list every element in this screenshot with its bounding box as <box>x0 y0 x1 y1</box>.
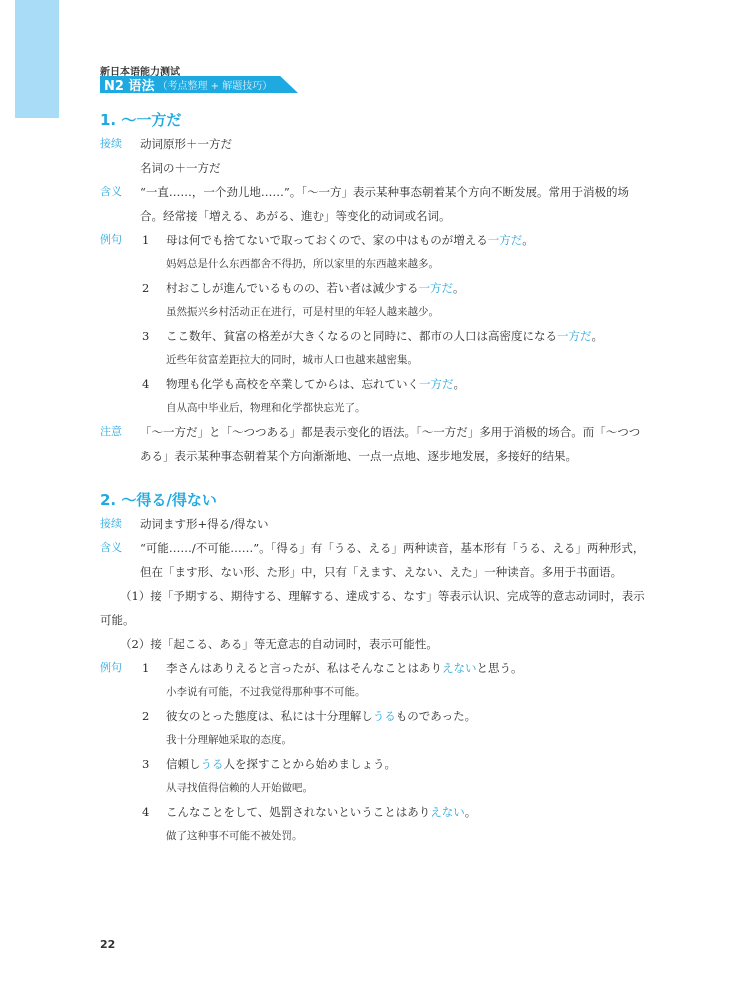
example-number: 4 <box>140 372 166 396</box>
example-item: 2彼女のとった態度は、私には十分理解しうるものであった。 我十分理解她采取的态度… <box>140 704 650 752</box>
example-translation: 做了这种事不可能不被处罚。 <box>140 824 650 848</box>
connect-line: 动词原形＋一方だ <box>140 132 650 156</box>
connect-row: 接续 动词原形＋一方だ 名词の＋一方だ <box>100 132 650 180</box>
highlight-grammar: 一方だ <box>419 281 454 295</box>
highlight-grammar: 一方だ <box>557 329 592 343</box>
highlight-grammar: 一方だ <box>488 233 523 247</box>
examples-label: 例句 <box>100 228 140 420</box>
example-number: 3 <box>140 752 166 776</box>
connect-line: 动词ます形+得る/得ない <box>140 512 650 536</box>
example-sentence: 母は何でも捨てないで取っておくので、家の中はものが増える一方だ。 <box>166 228 650 252</box>
section-heading: 2. ～得る/得ない <box>100 488 650 512</box>
example-sentence: 李さんはありえると言ったが、私はそんなことはありえないと思う。 <box>166 656 650 680</box>
meaning-label: 含义 <box>100 536 140 584</box>
example-sentence: 物理も化学も高校を卒業してからは、忘れていく一方だ。 <box>166 372 650 396</box>
meaning-label: 含义 <box>100 180 140 228</box>
highlight-grammar: うる <box>201 757 224 771</box>
meaning-text: “可能……/不可能……”。「得る」有「うる、える」两种读音，基本形有「うる、える… <box>140 536 650 584</box>
example-number: 1 <box>140 228 166 252</box>
example-sentence: 信頼しうる人を探すことから始めましょう。 <box>166 752 650 776</box>
highlight-grammar: 一方だ <box>419 377 454 391</box>
connect-label: 接续 <box>100 512 140 536</box>
page-number: 22 <box>100 938 115 951</box>
example-sentence: 彼女のとった態度は、私には十分理解しうるものであった。 <box>166 704 650 728</box>
grammar-section-2: 2. ～得る/得ない 接续 动词ます形+得る/得ない 含义 “可能……/不可能…… <box>100 488 650 848</box>
examples-row: 例句 1李さんはありえると言ったが、私はそんなことはありえないと思う。 小李说有… <box>100 656 650 848</box>
banner-sub: （考点整理 + 解题技巧） <box>157 77 272 92</box>
chapter-banner: N2 语法 （考点整理 + 解题技巧） <box>100 76 298 93</box>
example-item: 3信頼しうる人を探すことから始めましょう。 从寻找值得信赖的人开始做吧。 <box>140 752 650 800</box>
note-text: 「～一方だ」と「～つつある」都是表示变化的语法。「～一方だ」多用于消极的场合。而… <box>140 420 650 468</box>
connect-row: 接续 动词ます形+得る/得ない <box>100 512 650 536</box>
example-translation: 从寻找值得信赖的人开始做吧。 <box>140 776 650 800</box>
example-translation: 妈妈总是什么东西都舍不得扔，所以家里的东西越来越多。 <box>140 252 650 276</box>
example-item: 3ここ数年、貧富の格差が大きくなるのと同時に、都市の人口は高密度になる一方だ。 … <box>140 324 650 372</box>
example-number: 1 <box>140 656 166 680</box>
meaning-text: “一直……，一个劲儿地……”。「～一方」表示某种事态朝着某个方向不断发展。常用于… <box>140 180 650 228</box>
examples-row: 例句 1母は何でも捨てないで取っておくので、家の中はものが増える一方だ。 妈妈总… <box>100 228 650 420</box>
example-sentence: こんなことをして、処罰されないということはありえない。 <box>166 800 650 824</box>
note-label: 注意 <box>100 420 140 468</box>
highlight-grammar: うる <box>373 709 396 723</box>
example-translation: 虽然振兴乡村活动正在进行，可是村里的年轻人越来越少。 <box>140 300 650 324</box>
connect-line: 名词の＋一方だ <box>140 156 650 180</box>
example-number: 2 <box>140 276 166 300</box>
example-item: 4物理も化学も高校を卒業してからは、忘れていく一方だ。 自从高中毕业后，物理和化… <box>140 372 650 420</box>
example-item: 2村おこしが進んでいるものの、若い者は減少する一方だ。 虽然振兴乡村活动正在进行… <box>140 276 650 324</box>
section-heading: 1. ～一方だ <box>100 108 650 132</box>
example-sentence: ここ数年、貧富の格差が大きくなるのと同時に、都市の人口は高密度になる一方だ。 <box>166 324 650 348</box>
grammar-section-1: 1. ～一方だ 接续 动词原形＋一方だ 名词の＋一方だ 含义 “一直……，一个劲… <box>100 108 650 468</box>
meaning-row: 含义 “可能……/不可能……”。「得る」有「うる、える」两种读音，基本形有「うる… <box>100 536 650 584</box>
meaning-row: 含义 “一直……，一个劲儿地……”。「～一方」表示某种事态朝着某个方向不断发展。… <box>100 180 650 228</box>
example-translation: 近些年贫富差距拉大的同时，城市人口也越来越密集。 <box>140 348 650 372</box>
series-title: 新日本语能力测试 <box>100 63 180 78</box>
sub-point: （1）接「予期する、期待する、理解する、達成する、なす」等表示认识、完成等的意志… <box>100 584 650 632</box>
connect-label: 接续 <box>100 132 140 180</box>
example-item: 4こんなことをして、処罰されないということはありえない。 做了这种事不可能不被处… <box>140 800 650 848</box>
sub-point: （2）接「起こる、ある」等无意志的自动词时，表示可能性。 <box>100 632 650 656</box>
example-item: 1母は何でも捨てないで取っておくので、家の中はものが増える一方だ。 妈妈总是什么… <box>140 228 650 276</box>
example-translation: 小李说有可能，不过我觉得那种事不可能。 <box>140 680 650 704</box>
page-content: 1. ～一方だ 接续 动词原形＋一方だ 名词の＋一方だ 含义 “一直……，一个劲… <box>100 108 650 848</box>
example-number: 3 <box>140 324 166 348</box>
examples-label: 例句 <box>100 656 140 848</box>
banner-main: N2 语法 <box>104 75 154 94</box>
example-sentence: 村おこしが進んでいるものの、若い者は減少する一方だ。 <box>166 276 650 300</box>
highlight-grammar: えない <box>442 661 477 675</box>
note-row: 注意 「～一方だ」と「～つつある」都是表示变化的语法。「～一方だ」多用于消极的场… <box>100 420 650 468</box>
side-tab-decoration <box>15 0 59 118</box>
example-number: 2 <box>140 704 166 728</box>
example-number: 4 <box>140 800 166 824</box>
example-item: 1李さんはありえると言ったが、私はそんなことはありえないと思う。 小李说有可能，… <box>140 656 650 704</box>
example-translation: 我十分理解她采取的态度。 <box>140 728 650 752</box>
example-translation: 自从高中毕业后，物理和化学都快忘光了。 <box>140 396 650 420</box>
highlight-grammar: えない <box>430 805 465 819</box>
